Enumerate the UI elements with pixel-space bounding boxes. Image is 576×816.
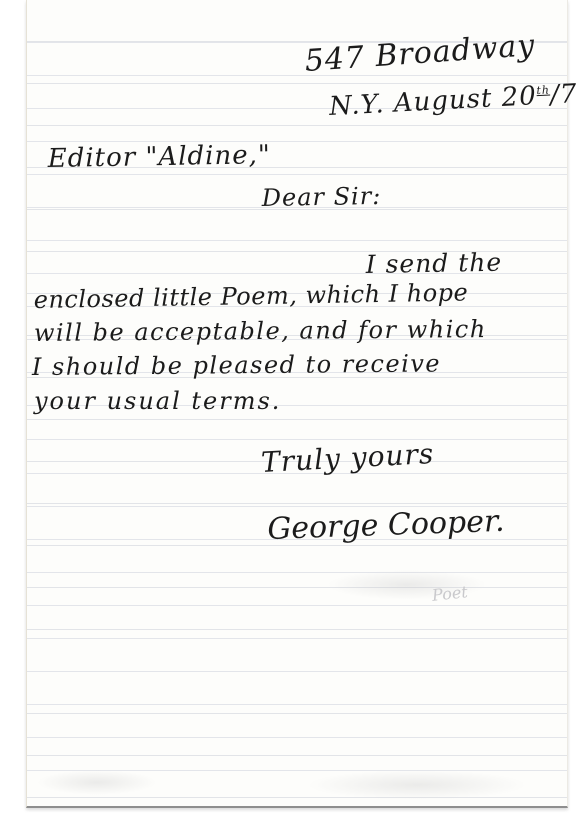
ruled-line — [27, 141, 567, 142]
date-suffix: th — [536, 83, 550, 97]
ruled-line — [27, 439, 567, 440]
ruled-line — [27, 174, 567, 175]
paper-smudge — [37, 770, 157, 795]
ruled-line — [27, 75, 567, 76]
date-year: /74 — [549, 78, 576, 110]
ruled-line — [27, 572, 567, 573]
ruled-line — [27, 240, 567, 241]
ruled-line — [27, 638, 567, 639]
ruled-line — [27, 605, 567, 606]
body-line-4: I should be pleased to receive — [32, 349, 441, 381]
body-line-3: will be acceptable, and for which — [34, 315, 487, 347]
salutation-recipient: Editor "Aldine," — [47, 140, 271, 174]
ruled-line — [27, 671, 567, 672]
pencil-annotation: Poet — [431, 582, 468, 605]
ruled-line — [27, 737, 567, 738]
salutation-greeting: Dear Sir: — [262, 182, 382, 212]
ruled-line — [27, 704, 567, 705]
paper-smudge — [307, 770, 527, 800]
body-line-5: your usual terms. — [34, 387, 281, 415]
body-line-1: I send the — [365, 248, 502, 279]
